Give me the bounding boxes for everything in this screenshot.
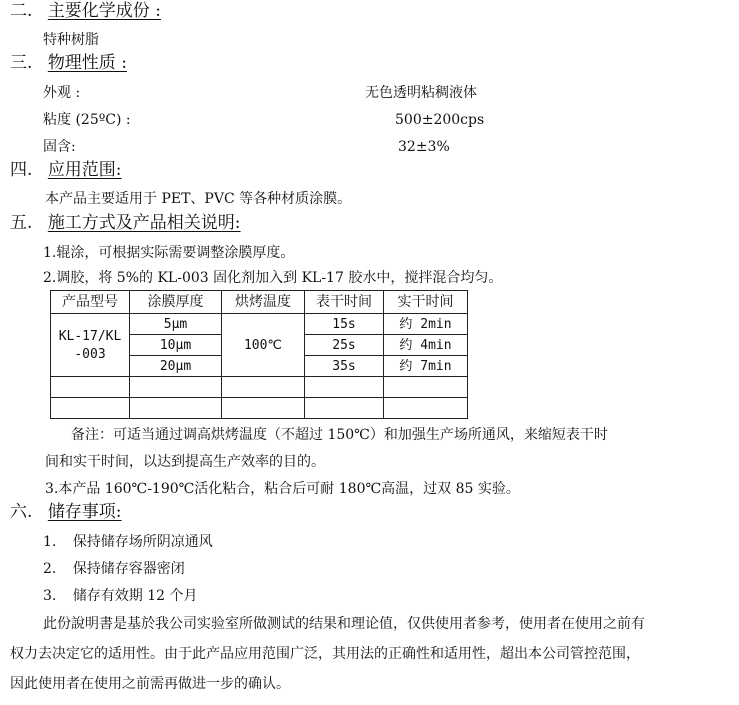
section-title: 应用范围: — [48, 160, 122, 180]
method-item-2: 2.调胶，将 5%的 KL-003 固化剂加入到 KL-17 胶水中，搅拌混合均… — [43, 271, 502, 285]
note-line-1: 备注：可适当通过调高烘烤温度（不超过 150℃）和加强生产场所通风，来缩短表干时 — [71, 428, 608, 442]
cell-surface-dry: 25s — [305, 335, 384, 356]
section-heading-storage: 六. 储存事项: — [10, 504, 122, 521]
application-scope-text: 本产品主要适用于 PET、PVC 等各种材质涂膜。 — [45, 192, 351, 206]
cell-model: KL-17/KL -003 — [51, 314, 130, 377]
empty-cell — [222, 377, 305, 398]
method-item-3: 3.本产品 160℃-190℃活化粘合，粘合后可耐 180℃高温，过双 85 实… — [45, 482, 520, 496]
empty-cell — [305, 398, 384, 419]
empty-cell — [130, 398, 222, 419]
section-heading-composition: 二. 主要化学成份 : — [10, 3, 161, 20]
disclaimer-line-2: 权力去决定它的适用性。由于此产品应用范围广泛，其用法的正确性和适用性，超出本公司… — [10, 647, 640, 661]
section-title: 施工方式及产品相关说明: — [48, 213, 241, 233]
empty-cell — [130, 377, 222, 398]
section-heading-application-scope: 四. 应用范围: — [10, 162, 122, 179]
storage-item-number: 1. — [43, 534, 56, 550]
empty-cell — [222, 398, 305, 419]
table-row-empty — [51, 377, 468, 398]
cell-thickness: 20μm — [130, 356, 222, 377]
cell-bake-temp: 100℃ — [222, 314, 305, 377]
storage-item-text: 储存有效期 12 个月 — [73, 588, 198, 604]
property-value-appearance: 无色透明粘稠液体 — [365, 86, 477, 100]
model-line-1: KL-17/KL — [51, 330, 129, 343]
section-number: 五. — [10, 215, 32, 232]
cell-hard-dry: 约 4min — [384, 335, 468, 356]
empty-cell — [384, 377, 468, 398]
empty-cell — [305, 377, 384, 398]
storage-item-2: 2. 保持储存容器密闭 — [43, 562, 185, 576]
header-model: 产品型号 — [51, 291, 130, 314]
cell-thickness: 5μm — [130, 314, 222, 335]
property-label-viscosity: 粘度 (25ºC) : — [43, 113, 131, 127]
table-row: KL-17/KL -003 5μm 100℃ 15s 约 2min — [51, 314, 468, 335]
empty-cell — [51, 377, 130, 398]
header-thickness: 涂膜厚度 — [130, 291, 222, 314]
property-label-solid-content: 固含: — [43, 140, 76, 154]
cell-surface-dry: 35s — [305, 356, 384, 377]
cell-thickness: 10μm — [130, 335, 222, 356]
note-line-2: 间和实干时间，以达到提高生产效率的目的。 — [45, 455, 325, 469]
section-number: 四. — [10, 162, 32, 179]
storage-item-1: 1. 保持储存场所阴凉通风 — [43, 535, 213, 549]
table-row-empty — [51, 398, 468, 419]
section-title: 主要化学成份 : — [48, 1, 161, 21]
cell-hard-dry: 约 7min — [384, 356, 468, 377]
property-value-viscosity: 500±200cps — [395, 113, 484, 127]
disclaimer-line-3: 因此使用者在使用之前需再做进一步的确认。 — [10, 677, 290, 691]
property-label-appearance: 外观 : — [43, 86, 80, 100]
composition-text: 特种树脂 — [43, 33, 99, 47]
header-bake-temp: 烘烤温度 — [222, 291, 305, 314]
header-surface-dry: 表干时间 — [305, 291, 384, 314]
storage-item-3: 3. 储存有效期 12 个月 — [43, 589, 198, 603]
storage-item-number: 3. — [43, 588, 56, 604]
method-item-1: 1.辊涂，可根据实际需要调整涂膜厚度。 — [43, 246, 294, 260]
empty-cell — [51, 398, 130, 419]
storage-item-text: 保持储存场所阴凉通风 — [73, 534, 213, 550]
storage-item-text: 保持储存容器密闭 — [73, 561, 185, 577]
section-heading-physical-properties: 三. 物理性质 : — [10, 55, 127, 72]
cell-hard-dry: 约 2min — [384, 314, 468, 335]
storage-item-number: 2. — [43, 561, 56, 577]
section-title: 物理性质 : — [48, 53, 127, 73]
property-value-solid-content: 32±3% — [398, 140, 450, 154]
section-number: 二. — [10, 3, 32, 20]
empty-cell — [384, 398, 468, 419]
curing-spec-table: 产品型号 涂膜厚度 烘烤温度 表干时间 实干时间 KL-17/KL -003 5… — [50, 290, 468, 419]
disclaimer-line-1: 此份說明書是基於我公司实验室所做测试的结果和理论值，仅供使用者参考，使用者在使用… — [43, 617, 645, 631]
section-number: 三. — [10, 55, 32, 72]
model-line-2: -003 — [51, 348, 129, 361]
header-hard-dry: 实干时间 — [384, 291, 468, 314]
section-number: 六. — [10, 504, 32, 521]
cell-surface-dry: 15s — [305, 314, 384, 335]
table-header-row: 产品型号 涂膜厚度 烘烤温度 表干时间 实干时间 — [51, 291, 468, 314]
section-heading-application-method: 五. 施工方式及产品相关说明: — [10, 215, 241, 232]
section-title: 储存事项: — [48, 502, 122, 522]
